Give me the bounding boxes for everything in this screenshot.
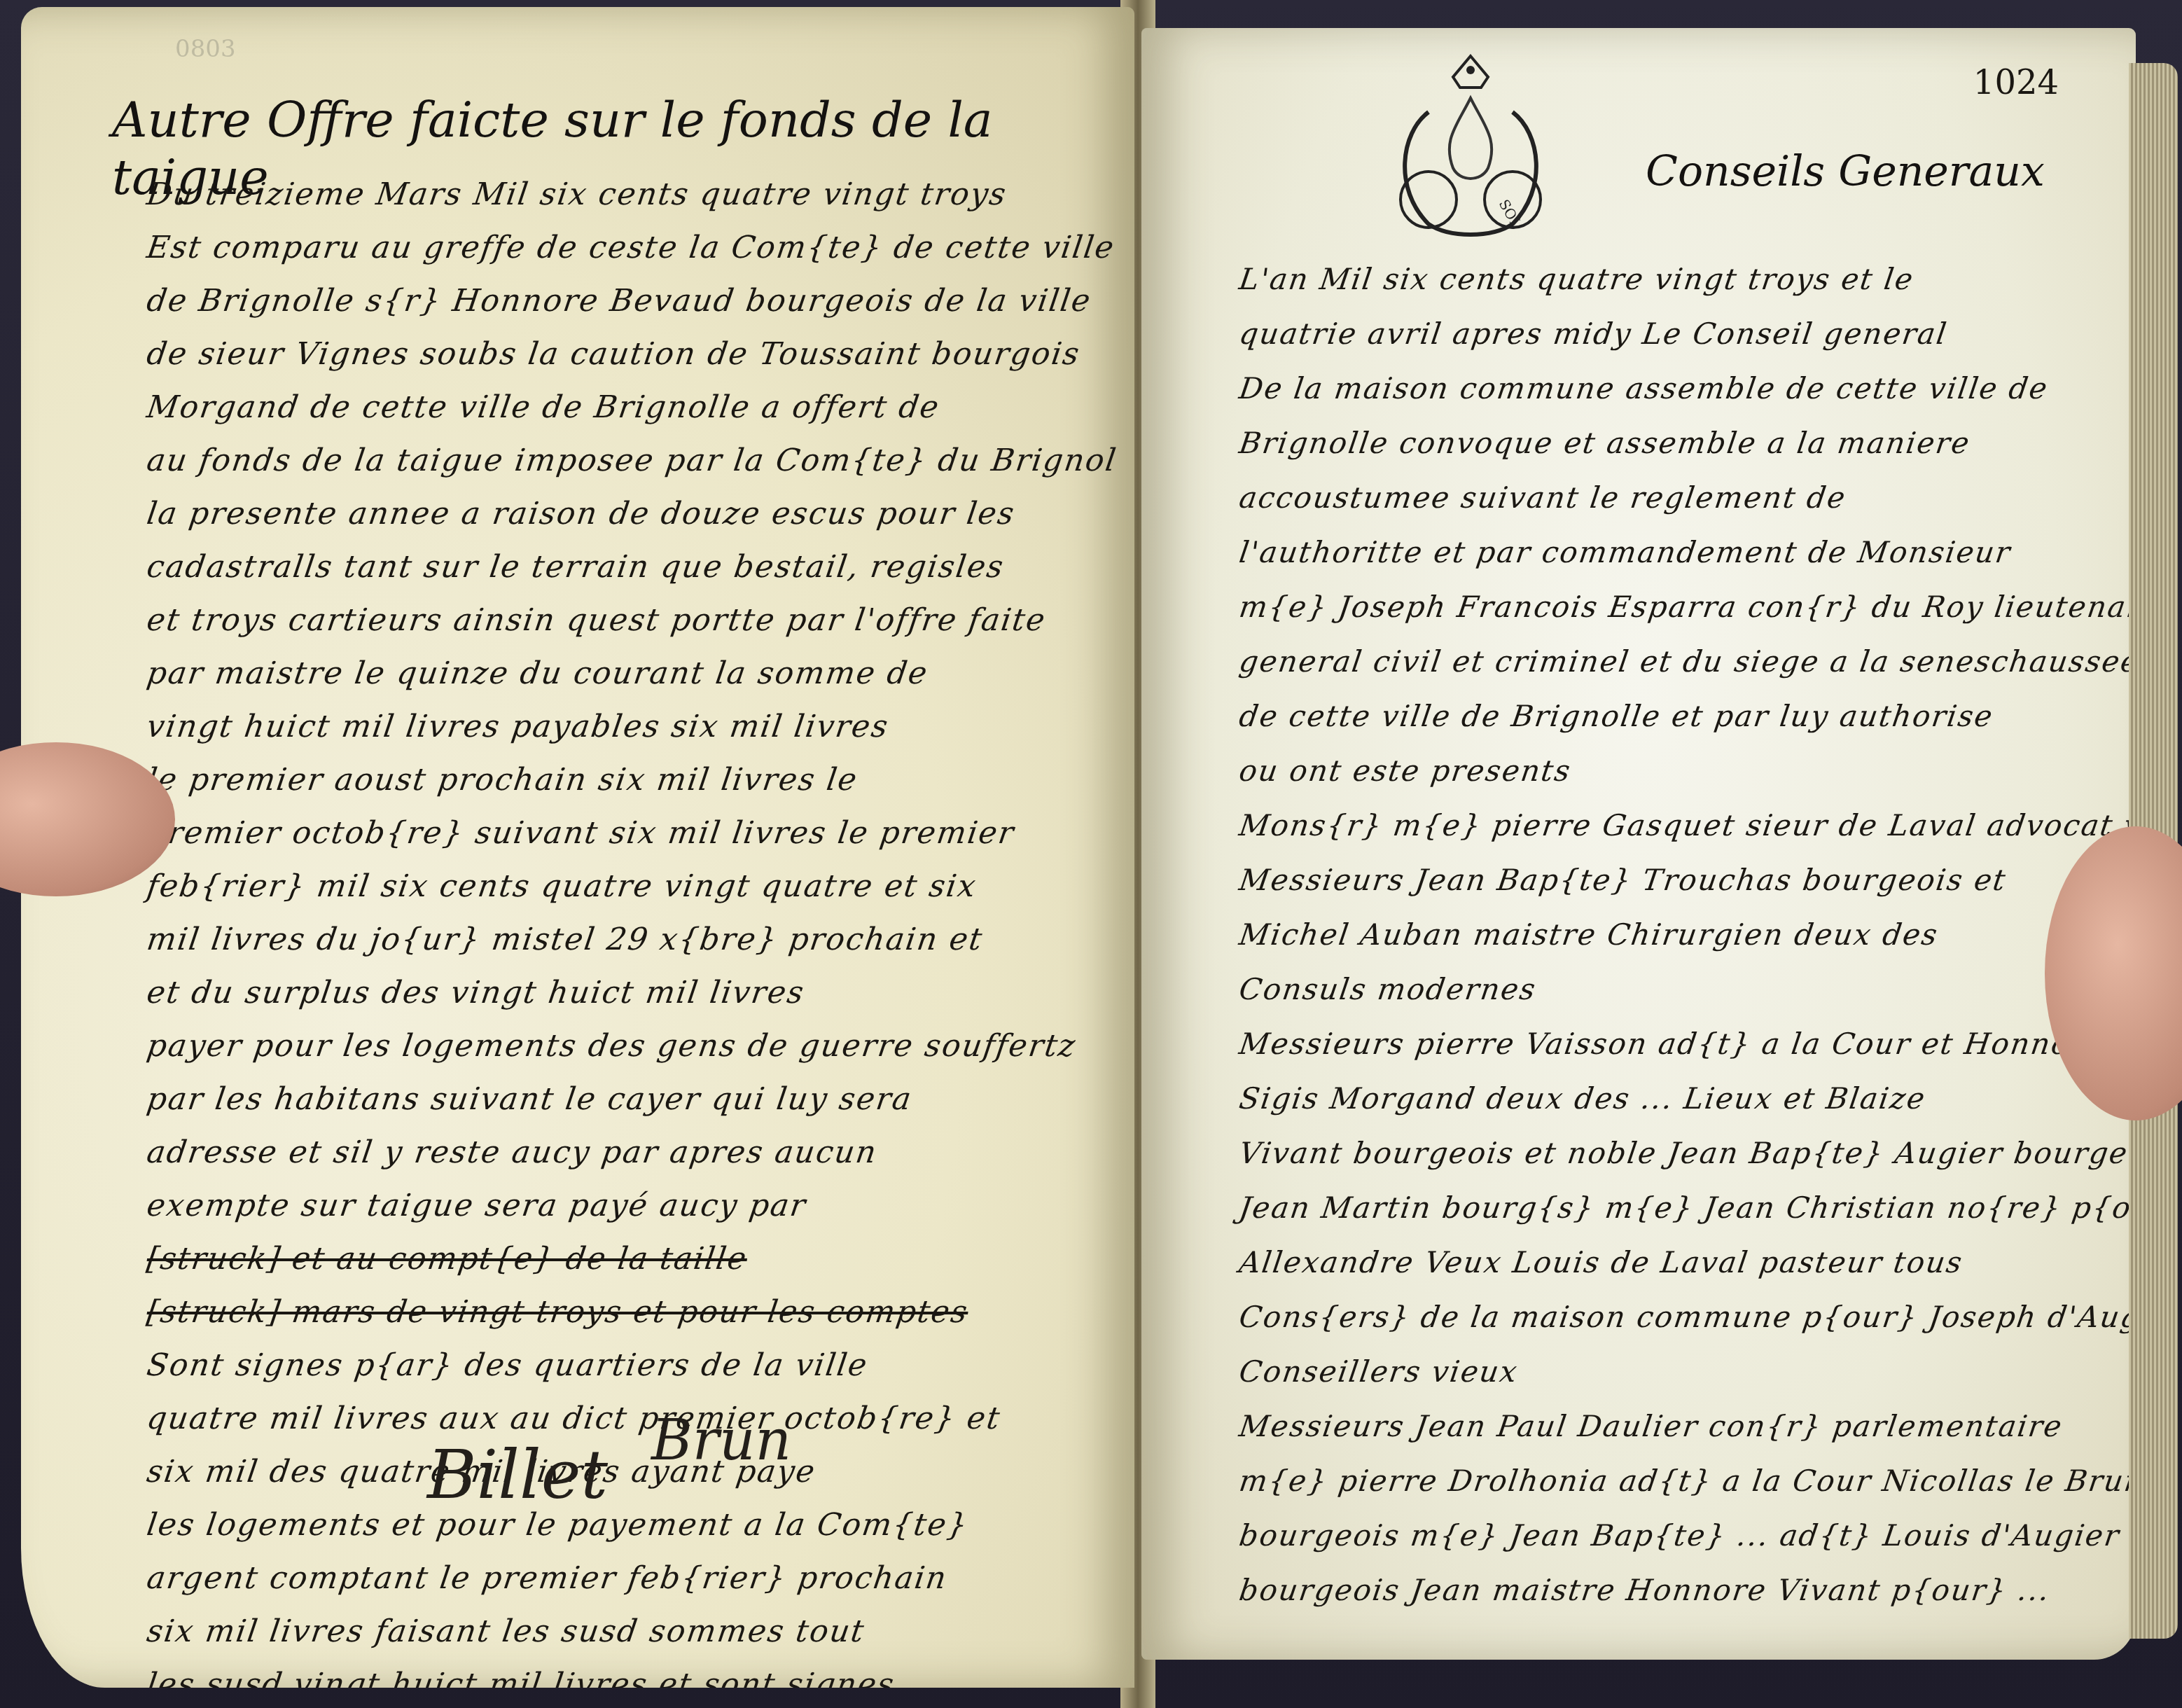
manuscript-line: Sigis Morgand deux des ... Lieux et Blai… [1236,1071,2119,1126]
manuscript-line: et du surplus des vingt huict mil livres [144,966,1132,1020]
manuscript-line: L'an Mil six cents quatre vingt troys et… [1236,252,2119,307]
right-page-heading: Conseils Generaux [1646,147,2045,196]
manuscript-line: par les habitans suivant le cayer qui lu… [144,1073,1132,1126]
manuscript-line: Messieurs pierre Vaisson ad{t} a la Cour… [1236,1017,2119,1071]
left-page-text: Du treizieme Mars Mil six cents quatre v… [147,168,1127,1688]
manuscript-line: le premier aoust prochain six mil livres… [144,754,1132,807]
manuscript-line: six mil livres faisant les susd sommes t… [144,1605,1132,1658]
manuscript-line: mil livres du jo{ur} mistel 29 x{bre} pr… [144,913,1132,966]
manuscript-line: Brignolle convoque et assemble a la mani… [1236,416,2119,471]
manuscript-line: six mil des quatre mil livres ayant paye [144,1445,1132,1499]
manuscript-line: les logements et pour le payement a la C… [144,1499,1132,1552]
right-page: 1024 SOL Conseils Generaux L'an Mil six … [1141,28,2136,1660]
manuscript-line: argent comptant le premier feb{rier} pro… [144,1552,1132,1605]
manuscript-line: et troys cartieurs ainsin quest portte p… [144,594,1132,647]
manuscript-line: au fonds de la taigue imposee par la Com… [144,434,1132,487]
manuscript-line: accoustumee suivant le reglement de [1236,471,2119,525]
manuscript-line: bourgeois Jean maistre Honnore Vivant p{… [1236,1563,2119,1618]
manuscript-line: de Brignolle s{r} Honnore Bevaud bourgeo… [144,275,1132,328]
manuscript-line: general civil et criminel et du siege a … [1236,634,2119,689]
manuscript-line: feb{rier} mil six cents quatre vingt qua… [144,860,1132,913]
right-page-text: L'an Mil six cents quatre vingt troys et… [1239,252,2115,1618]
manuscript-line: Morgand de cette ville de Brignolle a of… [144,381,1132,434]
manuscript-line: Du treizieme Mars Mil six cents quatre v… [144,168,1132,221]
manuscript-line: par maistre le quinze du courant la somm… [144,647,1132,700]
manuscript-line: premier octob{re} suivant six mil livres… [144,807,1132,860]
manuscript-line: Mons{r} m{e} pierre Gasquet sieur de Lav… [1236,798,2119,853]
manuscript-line: cadastralls tant sur le terrain que best… [144,541,1132,594]
manuscript-line: bourgeois m{e} Jean Bap{te} ... ad{t} Lo… [1236,1508,2119,1563]
manuscript-line: [struck] et au compt{e} de la taille [144,1233,1132,1286]
manuscript-line: vingt huict mil livres payables six mil … [144,700,1132,754]
ghost-number: 0803 [175,35,236,63]
manuscript-line: m{e} pierre Drolhonia ad{t} a la Cour Ni… [1236,1454,2119,1508]
manuscript-line: l'authoritte et par commandement de Mons… [1236,525,2119,580]
manuscript-line: Conseillers vieux [1236,1345,2119,1399]
manuscript-line: la presente annee a raison de douze escu… [144,487,1132,541]
signature-billet: Billet [427,1436,608,1514]
manuscript-line: de cette ville de Brignolle et par luy a… [1236,689,2119,744]
manuscript-line: Michel Auban maistre Chirurgien deux des [1236,908,2119,962]
manuscript-line: quatrie avril apres midy Le Conseil gene… [1236,307,2119,361]
manuscript-line: adresse et sil y reste aucy par apres au… [144,1126,1132,1179]
manuscript-line: Messieurs Jean Paul Daulier con{r} parle… [1236,1399,2119,1454]
manuscript-line: De la maison commune assemble de cette v… [1236,361,2119,416]
manuscript-line: Vivant bourgeois et noble Jean Bap{te} A… [1236,1126,2119,1181]
royal-stamp-icon: SOL [1387,49,1555,238]
manuscript-line: les susd vingt huict mil livres et sont … [144,1658,1132,1688]
manuscript-line: Consuls modernes [1236,962,2119,1017]
manuscript-line: Est comparu au greffe de ceste la Com{te… [144,221,1132,275]
manuscript-line: exempte sur taigue sera payé aucy par [144,1179,1132,1233]
manuscript-line: [struck] mars de vingt troys et pour les… [144,1286,1132,1339]
manuscript-line: quatre mil livres aux au dict premier oc… [144,1392,1132,1445]
manuscript-line: payer pour les logements des gens de gue… [144,1020,1132,1073]
manuscript-line: m{e} Joseph Francois Esparra con{r} du R… [1236,580,2119,634]
manuscript-line: Sont signes p{ar} des quartiers de la vi… [144,1339,1132,1392]
manuscript-line: ou ont este presents [1236,744,2119,798]
manuscript-line: de sieur Vignes soubs la caution de Tous… [144,328,1132,381]
manuscript-line: Allexandre Veux Louis de Laval pasteur t… [1236,1235,2119,1290]
manuscript-line: Messieurs Jean Bap{te} Trouchas bourgeoi… [1236,853,2119,908]
folio-number: 1024 [1973,63,2059,102]
open-book: 0803 Autre Offre faicte sur le fonds de … [0,0,2182,1708]
manuscript-line: Jean Martin bourg{s} m{e} Jean Christian… [1236,1181,2119,1235]
manuscript-line: Cons{ers} de la maison commune p{our} Jo… [1236,1290,2119,1345]
signature-brun: Brun [651,1408,791,1473]
left-page: 0803 Autre Offre faicte sur le fonds de … [21,7,1134,1688]
